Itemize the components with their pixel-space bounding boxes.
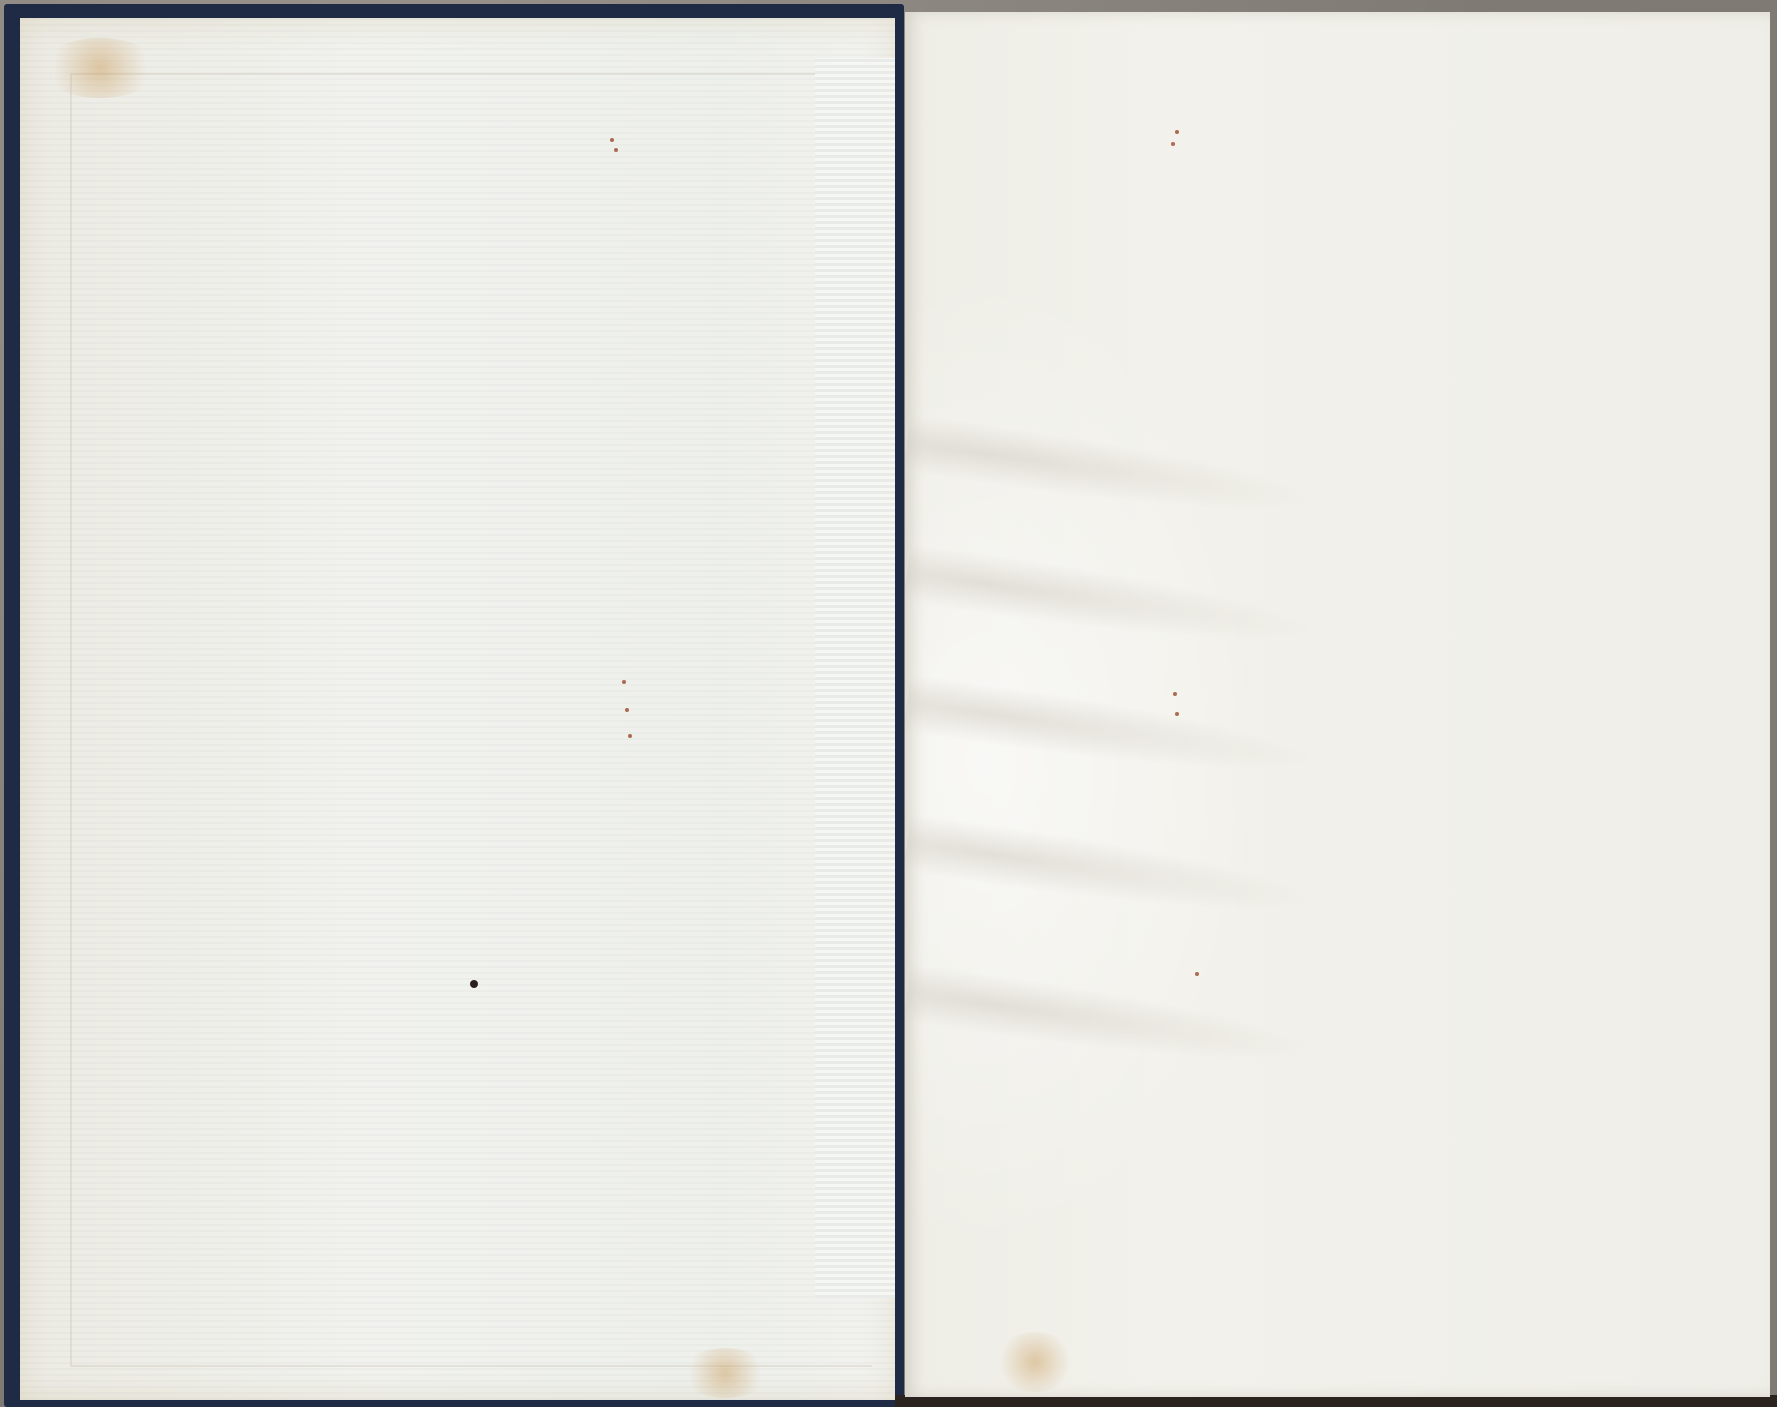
hinge-strip [815,58,895,1298]
foxing-spot [622,680,626,684]
paper-ripple [905,963,1327,1081]
age-stain [680,1348,770,1398]
foxing-spot [614,148,618,152]
foxing-spot [1171,142,1175,146]
foxing-spot [1175,712,1179,716]
cover-turn-in-outline [70,73,872,1367]
paper-ripple [905,673,1327,791]
foxing-spot [610,138,614,142]
paper-ripple [905,413,1327,531]
age-stain [995,1332,1075,1392]
ink-dot [470,980,478,988]
age-stain [40,38,160,98]
foxing-spot [1195,972,1199,976]
left-endpaper [20,18,895,1400]
foxing-spot [625,708,629,712]
foxing-spot [1173,692,1177,696]
paper-ripple [905,813,1327,931]
right-endpaper [905,12,1770,1397]
foxing-spot [628,734,632,738]
paper-ripple [905,543,1327,661]
foxing-spot [1175,130,1179,134]
